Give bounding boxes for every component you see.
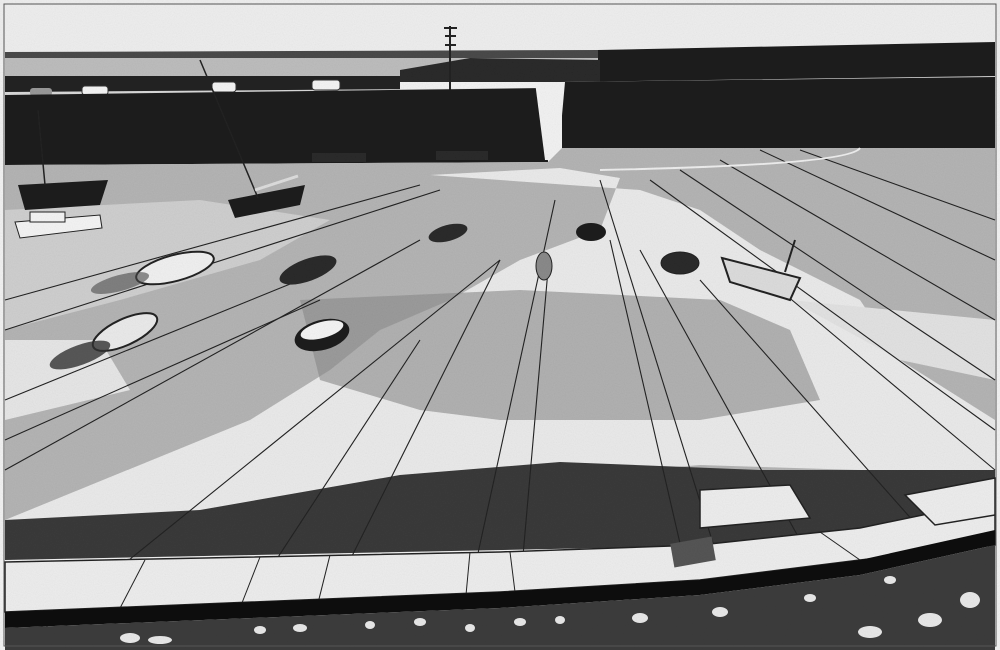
etching-canvas: [0, 0, 1000, 650]
harbour-wall-right: [562, 77, 995, 148]
boat-dinghy-8: [661, 252, 699, 274]
boat-dinghy-6: [576, 223, 606, 241]
boat-far-1: [312, 153, 366, 162]
harbour-etching: [0, 0, 1000, 650]
boat-far-2: [436, 151, 488, 160]
boat-dinghy-7: [536, 252, 552, 280]
